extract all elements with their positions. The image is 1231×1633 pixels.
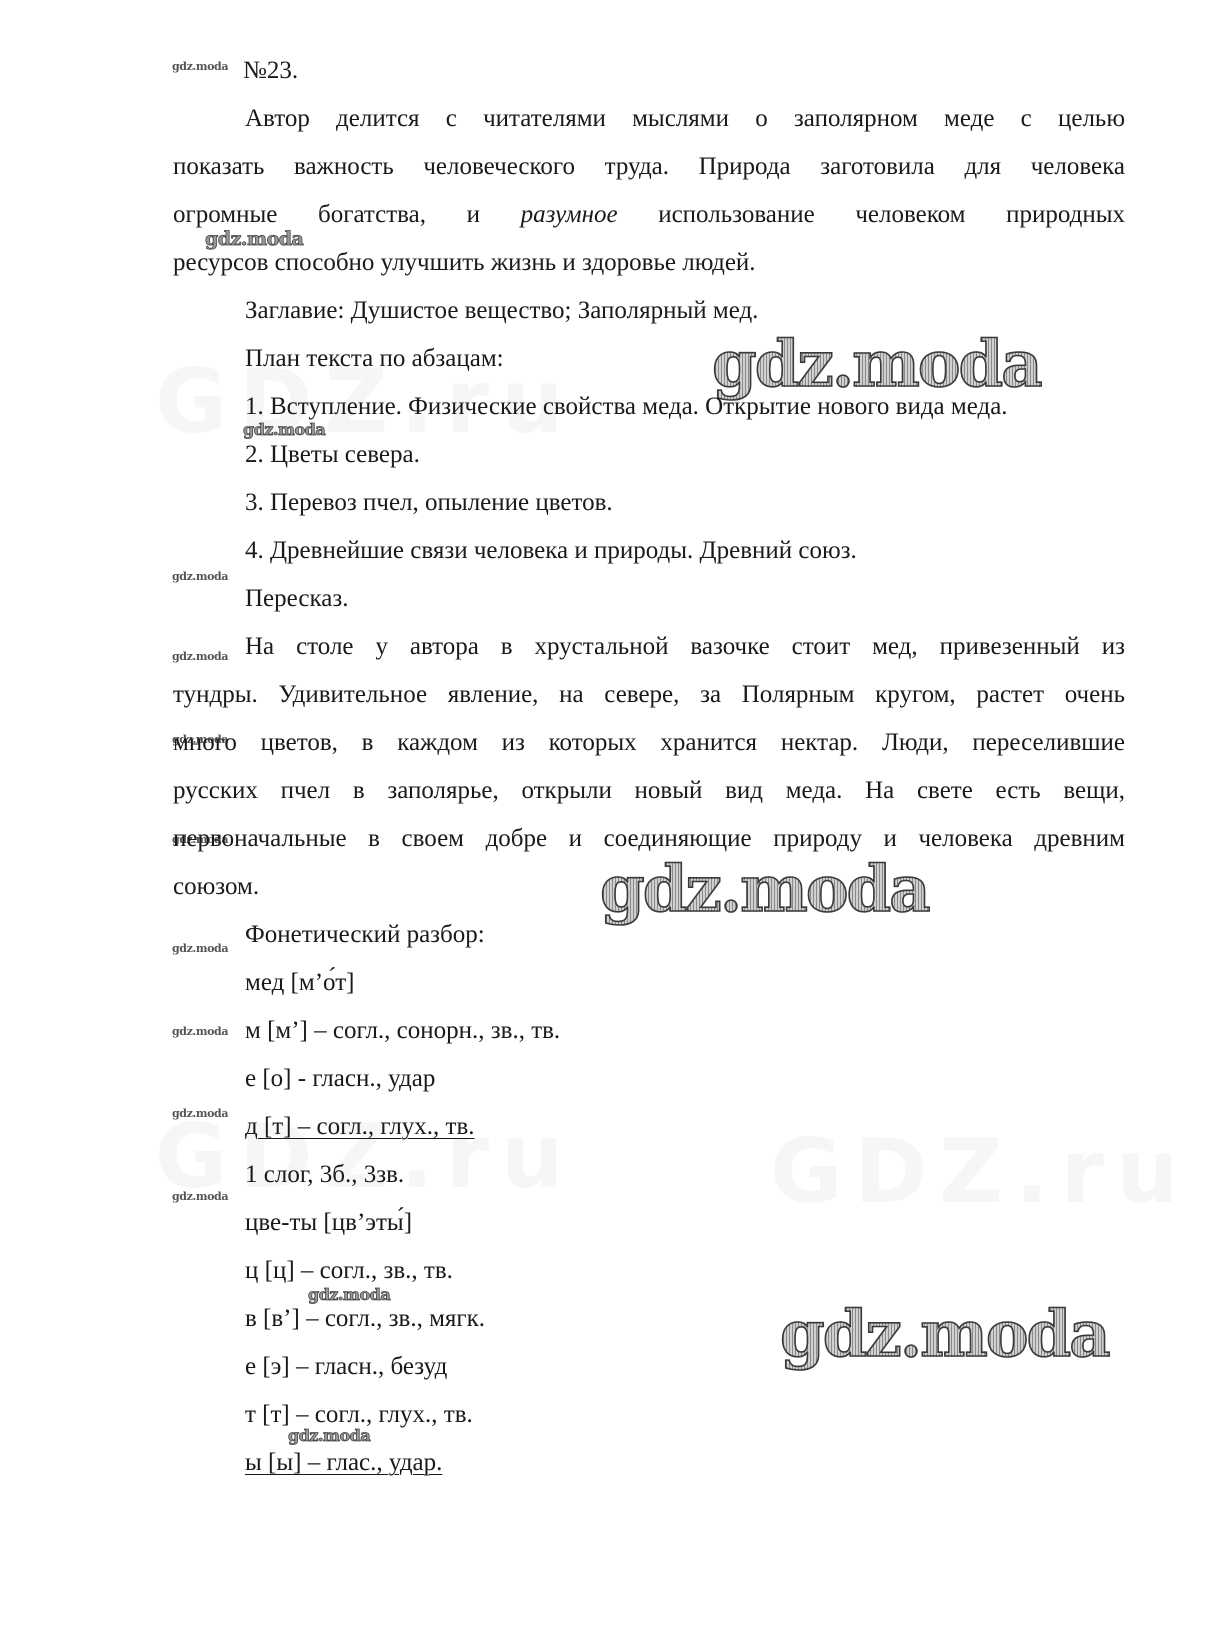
plan-item: 3. Перевоз пчел, опыление цветов. [245, 488, 613, 518]
retelling-line: На столе у автора в хрустальной вазочке … [245, 632, 1125, 662]
document-page: GDZ.ru GDZ.ru GDZ.ru gdz.moda №23. Автор… [0, 0, 1231, 1633]
small-watermark: gdz.moda [172, 570, 228, 583]
title-line: Заглавие: Душистое вещество; Заполярный … [245, 296, 758, 326]
phonetic-summary: 1 слог, 3б., 3зв. [245, 1160, 404, 1190]
mid-watermark: gdz.moda [288, 1426, 370, 1445]
plan-item: 2. Цветы севера. [245, 440, 420, 470]
small-watermark: gdz.moda [172, 60, 228, 73]
retelling-line: русских пчел в заполярье, открыли новый … [173, 776, 1125, 806]
task-number: №23. [243, 56, 298, 86]
phonetic-row: в [в’] – согл., зв., мягк. [245, 1304, 485, 1334]
mid-watermark: gdz.moda [205, 228, 303, 250]
retelling-line: союзом. [173, 872, 259, 902]
small-watermark: gdz.moda [172, 942, 228, 955]
mid-watermark: gdz.moda [243, 420, 325, 439]
plan-item: 1. Вступление. Физические свойства меда.… [245, 392, 1008, 422]
intro-italic-word: разумное [521, 201, 618, 228]
large-watermark: gdz.moda [780, 1300, 1109, 1370]
plan-heading: План текста по абзацам: [245, 344, 504, 374]
small-watermark: gdz.moda [172, 1190, 228, 1203]
large-watermark: gdz.moda [712, 330, 1041, 400]
ghost-watermark: GDZ.ru [770, 1120, 1191, 1223]
retelling-line: тундры. Удивительное явление, на севере,… [173, 680, 1125, 710]
small-watermark: gdz.moda [172, 1107, 228, 1120]
phonetic-row: е [о] - гласн., удар [245, 1064, 435, 1094]
retelling-heading: Пересказ. [245, 584, 348, 614]
phonetic-word: мед [м’о́т] [245, 968, 354, 998]
small-watermark: gdz.moda [172, 1025, 228, 1038]
intro-line: Автор делится с читателями мыслями о зап… [245, 104, 1125, 134]
intro-text: использование человеком природных [658, 201, 1125, 228]
retelling-line: много цветов, в каждом из которых хранит… [173, 728, 1125, 758]
phonetic-row: ц [ц] – согл., зв., тв. [245, 1256, 453, 1286]
small-watermark: gdz.moda [172, 650, 228, 663]
intro-line: ресурсов способно улучшить жизнь и здоро… [173, 248, 756, 278]
intro-line: огромные богатства, и разумное использов… [173, 200, 1125, 230]
phonetic-row: е [э] – гласн., безуд [245, 1352, 447, 1382]
phonetic-row: м [м’] – согл., сонорн., зв., тв. [245, 1016, 560, 1046]
phonetic-word: цве-ты [цв’эты́] [245, 1208, 412, 1238]
phonetic-row: д [т] – согл., глух., тв. [245, 1112, 475, 1142]
intro-line: показать важность человеческого труда. П… [173, 152, 1125, 182]
retelling-line: первоначальные в своем добре и соединяющ… [173, 824, 1125, 854]
phonetic-row: ы [ы] – глас., удар. [245, 1448, 442, 1478]
intro-text: огромные богатства, и [173, 201, 480, 228]
plan-item: 4. Древнейшие связи человека и природы. … [245, 536, 857, 566]
phonetic-heading: Фонетический разбор: [245, 920, 485, 950]
mid-watermark: gdz.moda [308, 1285, 390, 1304]
large-watermark: gdz.moda [600, 855, 929, 925]
